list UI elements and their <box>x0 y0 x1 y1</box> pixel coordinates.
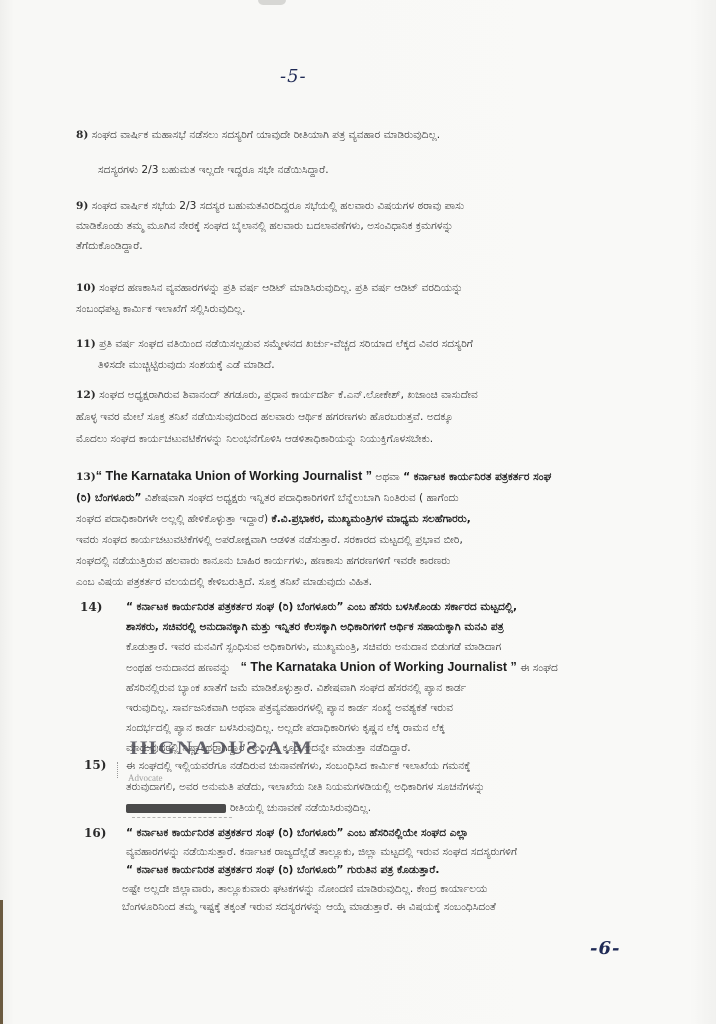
paragraph-text: ಅಷ್ಟೇ ಅಲ್ಲದೇ ಜಿಲ್ಲಾವಾರು, ತಾಲ್ಲೂಕುವಾರು ಘಟ… <box>122 880 517 899</box>
paragraph-number: 10) <box>76 282 96 294</box>
union-kannada-name: (ರಿ) ಬೆಂಗಳೂರು” <box>76 492 142 504</box>
union-english-name: “ The Karnataka Union of Working Journal… <box>96 469 372 483</box>
paragraph-8: 8) ಸಂಘದ ವಾರ್ಷಿಕ ಮಹಾಸಭೆ ನಡೆಸಲು ಸದಸ್ಯರಿಗೆ … <box>76 125 440 146</box>
paragraph-text: ಸಂಘದಲ್ಲಿ ನಡೆಯುತ್ತಿರುವ ಹಲವಾರು ಕಾನೂನು ಬಾಹಿ… <box>76 551 551 572</box>
paragraph-text: ಅಥವಾ <box>375 471 399 483</box>
union-kannada-name: “ ಕರ್ನಾಟಕ ಕಾರ್ಯನಿರತ ಪತ್ರಕರ್ತರ ಸಂಘ <box>403 471 551 483</box>
person-name: ಕೆ.ವಿ.ಪ್ರಭಾಕರ, ಮುಖ್ಯಮಂತ್ರಿಗಳ ಮಾಧ್ಯಮ ಸಲಹೆ… <box>272 513 471 525</box>
paragraph-text: ಮಾಡಿಕೊಂಡು ತಮ್ಮ ಮೂಗಿನ ನೇರಕ್ಕೆ ಸಂಘದ ಬೈಲಾನಲ… <box>76 216 464 236</box>
paragraph-text: ಸಂಘದ ಅಧ್ಯಕ್ಷರಾಗಿರುವ ಶಿವಾನಂದ್ ತಗಡೂರು, ಪ್ರ… <box>99 389 478 401</box>
paragraph-8-continuation: ಸದಸ್ಯರಗಳು 2/3 ಬಹುಮತ ಇಲ್ಲದೇ ಇದ್ದರೂ ಸಭೇ ನಡ… <box>98 160 329 181</box>
paragraph-number: 11) <box>76 338 96 350</box>
paragraph-number: 14) <box>80 600 102 614</box>
paragraph-number: 12) <box>76 389 96 401</box>
paragraph-16: “ ಕರ್ನಾಟಕ ಕಾರ್ಯನಿರತ ಪತ್ರಕರ್ತರ ಸಂಘ (ರಿ) ಬ… <box>126 824 517 917</box>
paragraph-14: “ ಕರ್ನಾಟಕ ಕಾರ್ಯನಿರತ ಪತ್ರಕರ್ತರ ಸಂಘ (ರಿ) ಬ… <box>126 597 558 758</box>
paragraph-text: “ ಕರ್ನಾಟಕ ಕಾರ್ಯನಿರತ ಪತ್ರಕರ್ತರ ಸಂಘ (ರಿ) ಬ… <box>126 861 517 880</box>
paragraph-number: 16) <box>84 826 106 840</box>
paragraph-11: 11) ಪ್ರತಿ ವರ್ಷ ಸಂಘದ ವತಿಯಿಂದ ನಡೆಯಿಸಲ್ಪಡುವ… <box>76 334 473 376</box>
page-number-top: -5- <box>280 66 307 87</box>
paragraph-text: ಬೆಂಗಳೂರಿನಿಂದ ತಮ್ಮ ಇಷ್ಟಕ್ಕೆ ತಕ್ಕಂತೆ ಇರುವ … <box>122 898 517 917</box>
paragraph-number: 15) <box>84 758 106 772</box>
scan-smudge <box>258 0 286 5</box>
paragraph-text: ಅಂಥಹ ಅನುದಾನದ ಹಣವನ್ನು <box>126 662 231 674</box>
union-english-name: “ The Karnataka Union of Working Journal… <box>241 660 517 674</box>
paragraph-text: ಇವರು ಸಂಘದ ಕಾರ್ಯಚಟುವಟಿಕೆಗಳಲ್ಲಿ ಅಪರೋಕ್ಷವಾಗ… <box>76 530 551 551</box>
paragraph-12: 12) ಸಂಘದ ಅಧ್ಯಕ್ಷರಾಗಿರುವ ಶಿವಾನಂದ್ ತಗಡೂರು,… <box>76 384 478 450</box>
paragraph-13: 13)“ The Karnataka Union of Working Jour… <box>76 466 551 593</box>
paragraph-9: 9) ಸಂಘದ ವಾರ್ಷಿಕ ಸಭೆಯ 2/3 ಸದಸ್ಯರ ಬಹುಮತವಿರ… <box>76 196 464 256</box>
stamp-underline <box>132 817 232 819</box>
paragraph-number: 13) <box>76 471 96 483</box>
paragraph-text: ಎಂಬ ವಿಷಯ ಪತ್ರಕರ್ತರ ವಲಯದಲ್ಲಿ ಕೇಳಿಬರುತ್ತಿದ… <box>76 572 551 593</box>
paragraph-text: ತರುವುದಾಗಲಿ, ಅವರ ಅನುಮತಿ ಪಡೆದು, ಇಲಾಖೆಯ ನೀತ… <box>126 777 485 798</box>
paragraph-text: ಮೊದಲು ಸಂಘದ ಕಾರ್ಯಚಟುವಟಿಕೆಗಳನ್ನು ನಿಲಂಭನೆಗೊ… <box>76 428 478 450</box>
paragraph-text: ಸಂಘದ ವಾರ್ಷಿಕ ಸಭೆಯ 2/3 ಸದಸ್ಯರ ಬಹುಮತವಿರದಿದ… <box>92 200 464 212</box>
paragraph-text: “ ಕರ್ನಾಟಕ ಕಾರ್ಯನಿರತ ಪತ್ರಕರ್ತರ ಸಂಘ (ರಿ) ಬ… <box>126 597 558 617</box>
paragraph-text: ತಿಳಿಸದೇ ಮುಚ್ಚಿಟ್ಟಿರುವುದು ಸಂಶಯಕ್ಕೆ ಎಡೆ ಮಾ… <box>76 355 473 376</box>
paragraph-text: ತೆಗೆದುಕೊಂಡಿದ್ದಾರೆ. <box>76 236 464 256</box>
paragraph-text: ಸಂಬಂಧಪಟ್ಟ ಕಾರ್ಮಿಕ ಇಲಾಖೆಗೆ ಸಲ್ಲಿಸಿರುವುದಿಲ… <box>76 299 463 320</box>
paragraph-text: “ ಕರ್ನಾಟಕ ಕಾರ್ಯನಿರತ ಪತ್ರಕರ್ತರ ಸಂಘ (ರಿ) ಬ… <box>126 824 517 843</box>
paragraph-text: ಸಂದರ್ಭದಲ್ಲಿ ಪ್ಯಾನ ಕಾರ್ಡ ಬಳಸಿರುವುದಿಲ್ಲ. ಅ… <box>126 718 558 738</box>
scanned-page: -5- 8) ಸಂಘದ ವಾರ್ಷಿಕ ಮಹಾಸಭೆ ನಡೆಸಲು ಸದಸ್ಯರ… <box>0 0 716 1024</box>
page-edge <box>0 900 3 1024</box>
paragraph-number: 9) <box>76 200 88 212</box>
paragraph-text: ಶಾಸಕರು, ಸಚಿವರಲ್ಲಿ ಅನುದಾನಕ್ಕಾಗಿ ಮತ್ತು ಇನ್… <box>126 617 558 637</box>
paragraph-text: ವಿಶೇಷವಾಗಿ ಸಂಘದ ಅಧ್ಯಕ್ಷರು ಇನ್ನಿತರ ಪದಾಧಿಕಾ… <box>145 492 459 504</box>
redacted-text <box>126 804 226 813</box>
paragraph-text: ಸಂಘದ ಹಣಕಾಸಿನ ವ್ಯವಹಾರಗಳನ್ನು ಪ್ರತಿ ವರ್ಷ ಆಡ… <box>99 282 463 294</box>
paragraph-text: ಈ ಸಂಘದಲ್ಲಿ ಇಲ್ಲಿಯವರೆಗೂ ನಡೆದಿರುವ ಚುನಾವಣೆಗ… <box>126 756 485 777</box>
paragraph-text: ಹೆಸರಿನಲ್ಲಿರುವ ಬ್ಯಾಂಕ ಖಾತೆಗೆ ಜಮೆ ಮಾಡಿಕೊಳ್… <box>126 678 558 698</box>
paragraph-text: ಇರುವುದಿಲ್ಲ. ಸಾರ್ವಜನಿಕವಾಗಿ ಅಥವಾ ಪತ್ರವ್ಯವಹ… <box>126 698 558 718</box>
paragraph-text: ಸಂಘದ ಪದಾಧಿಕಾರಿಗಳೇ ಅಲ್ಲಲ್ಲಿ ಹೇಳಿಕೊಳ್ಳುತ್ತ… <box>76 513 268 525</box>
paragraph-text: ರೀತಿಯಲ್ಲಿ ಚುನಾವಣೆ ನಡೆಯಿಸಿರುವುದಿಲ್ಲ. <box>230 802 371 814</box>
paragraph-text: ಈ ಸಂಘದ <box>520 662 558 674</box>
paragraph-text: ಕೊಡುತ್ತಾರೆ. ಇವರ ಮನವಿಗೆ ಸ್ಪಂಧಿಸುವ ಅಧಿಕಾರಿ… <box>126 637 558 657</box>
margin-marks <box>117 762 119 778</box>
paragraph-text: ಪ್ರತಿ ವರ್ಷ ಸಂಘದ ವತಿಯಿಂದ ನಡೆಯಿಸಲ್ಪಡುವ ಸಮ್… <box>99 338 473 350</box>
paragraph-text: ಹೊಳ್ಳ ಇವರ ಮೇಲೆ ಸೂಕ್ತ ತನಿಖೆ ನಡೆಯಿಸುವುದರಿಂ… <box>76 406 478 428</box>
paragraph-text: ಸಂಘದ ವಾರ್ಷಿಕ ಮಹಾಸಭೆ ನಡೆಸಲು ಸದಸ್ಯರಿಗೆ ಯಾವ… <box>92 129 440 141</box>
page-number-bottom: -6- <box>590 938 620 959</box>
paragraph-15: ಈ ಸಂಘದಲ್ಲಿ ಇಲ್ಲಿಯವರೆಗೂ ನಡೆದಿರುವ ಚುನಾವಣೆಗ… <box>126 756 485 819</box>
paragraph-text: ವ್ಯವಹಾರಗಳನ್ನು ನಡೆಯಿಸುತ್ತಾರೆ. ಕರ್ನಾಟಕ ರಾಜ… <box>126 843 517 862</box>
paragraph-number: 8) <box>76 129 88 141</box>
paragraph-10: 10) ಸಂಘದ ಹಣಕಾಸಿನ ವ್ಯವಹಾರಗಳನ್ನು ಪ್ರತಿ ವರ್… <box>76 278 463 320</box>
